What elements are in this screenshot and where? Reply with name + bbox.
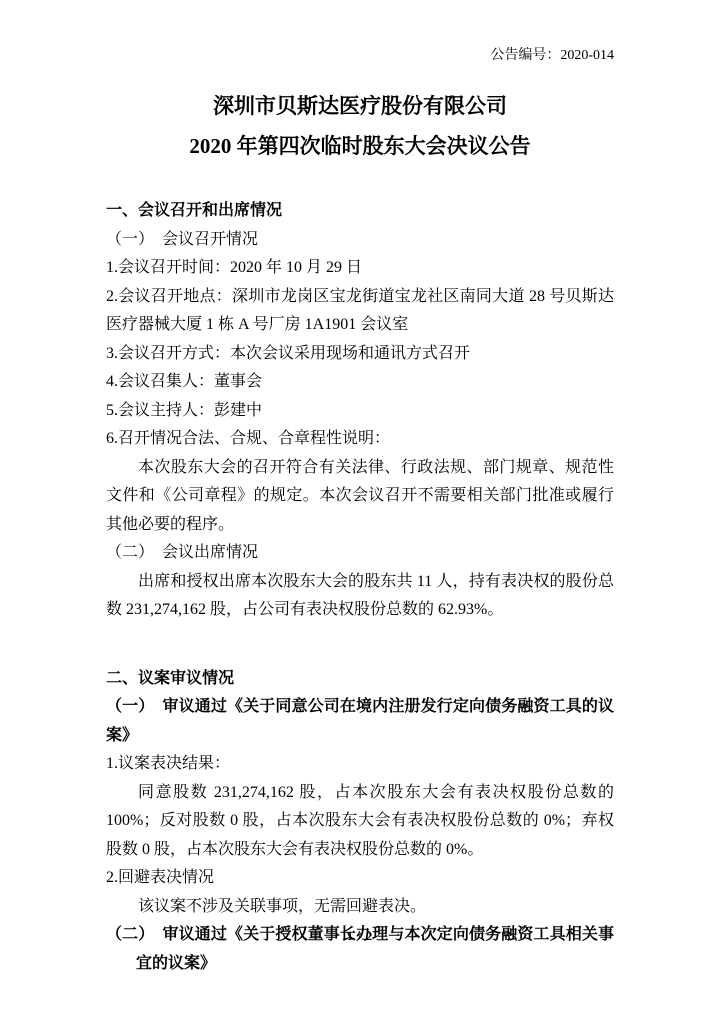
subheading-attendance: （二） 会议出席情况 [106, 539, 614, 568]
announcement-title: 2020 年第四次临时股东大会决议公告 [106, 126, 614, 166]
section-meeting-convening: 一、会议召开和出席情况 （一） 会议召开情况 1.会议召开时间：2020 年 1… [106, 197, 614, 625]
item-meeting-chair: 5.会议主持人：彭建中 [106, 397, 614, 426]
proposal-1-recusal-label: 2.回避表决情况 [106, 864, 614, 893]
item-legality-label: 6.召开情况合法、合规、合章程性说明： [106, 425, 614, 454]
proposal-1-heading: （一） 审议通过《关于同意公司在境内注册发行定向债务融资工具的议案》 [106, 693, 614, 750]
announcement-number: 公告编号：2020-014 [106, 46, 614, 66]
item-meeting-method: 3.会议召开方式：本次会议采用现场和通讯方式召开 [106, 340, 614, 369]
subheading-convening: （一） 会议召开情况 [106, 226, 614, 255]
document-page: 公告编号：2020-014 深圳市贝斯达医疗股份有限公司 2020 年第四次临时… [0, 0, 720, 1018]
item-meeting-convener: 4.会议召集人：董事会 [106, 368, 614, 397]
proposal-1-recusal-text: 该议案不涉及关联事项，无需回避表决。 [106, 893, 614, 922]
document-body: 一、会议召开和出席情况 （一） 会议召开情况 1.会议召开时间：2020 年 1… [106, 197, 614, 978]
section-1-heading: 一、会议召开和出席情况 [106, 197, 614, 226]
para-legality-statement: 本次股东大会的召开符合有关法律、行政法规、部门规章、规范性文件和《公司章程》的规… [106, 454, 614, 540]
proposal-1-vote-result: 同意股数 231,274,162 股，占本次股东大会有表决权股份总数的 100%… [106, 779, 614, 865]
company-title: 深圳市贝斯达医疗股份有限公司 [106, 86, 614, 126]
page-number: 1 / 2 [0, 926, 720, 946]
item-meeting-place: 2.会议召开地点：深圳市龙岗区宝龙街道宝龙社区南同大道 28 号贝斯达医疗器械大… [106, 283, 614, 340]
proposal-1-vote-label: 1.议案表决结果： [106, 750, 614, 779]
item-meeting-time: 1.会议召开时间：2020 年 10 月 29 日 [106, 254, 614, 283]
para-attendance-statement: 出席和授权出席本次股东大会的股东共 11 人，持有表决权的股份总数 231,27… [106, 568, 614, 625]
section-2-heading: 二、议案审议情况 [106, 665, 614, 694]
